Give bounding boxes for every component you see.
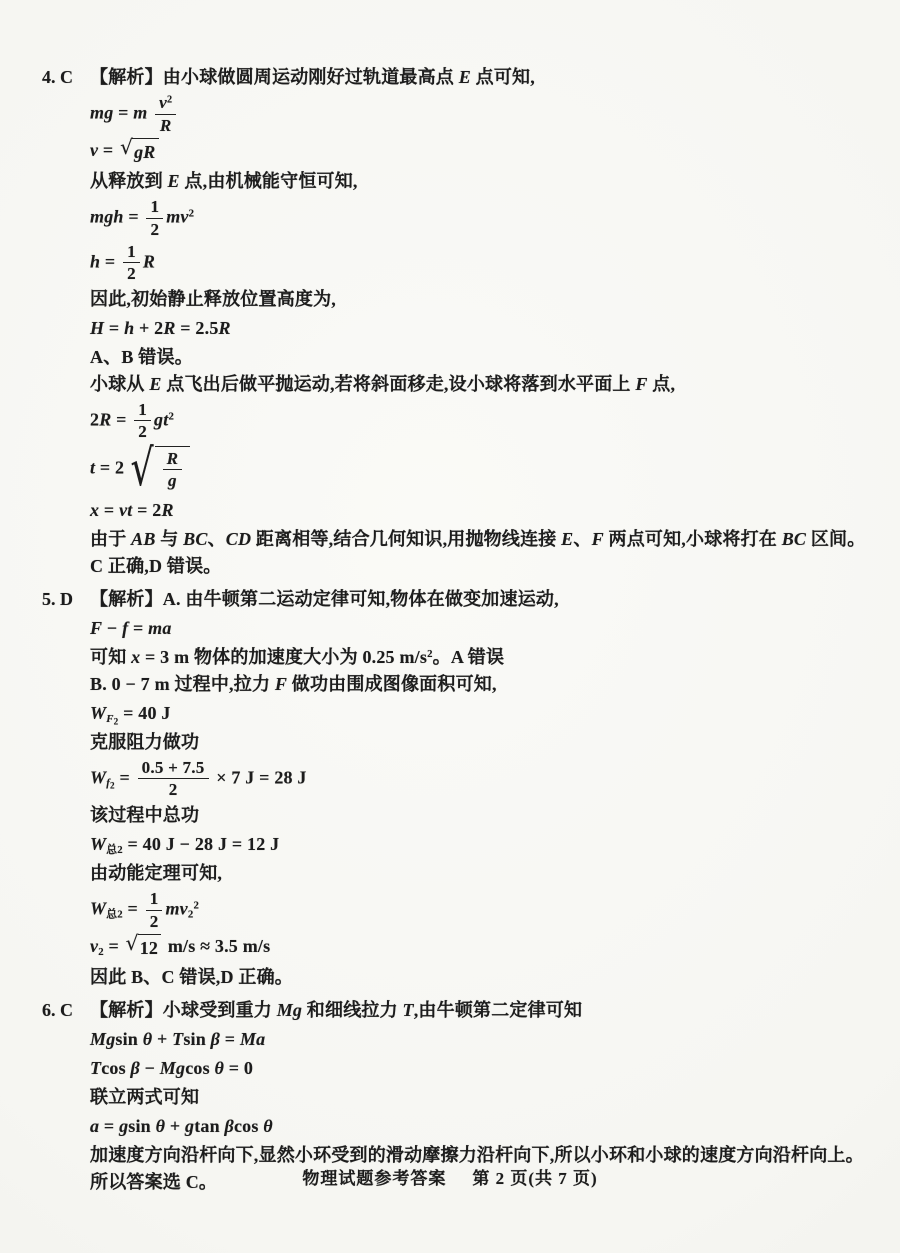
math-variable: vt bbox=[119, 500, 132, 520]
math-variable: Mg bbox=[90, 1029, 115, 1049]
text-run bbox=[147, 102, 152, 122]
denominator: g bbox=[168, 470, 177, 491]
math-variable: ma bbox=[148, 618, 171, 638]
math-variable: Ma bbox=[240, 1029, 265, 1049]
formula-line: Tcos β − Mgcos θ = 0 bbox=[90, 1055, 874, 1082]
text-run: 和细线拉力 bbox=[302, 1000, 402, 1020]
text-line: 该过程中总功 bbox=[90, 802, 874, 829]
formula-line: a = gsin θ + gtan βcos θ bbox=[90, 1113, 874, 1140]
math-variable: R bbox=[219, 318, 231, 338]
text-run: = bbox=[123, 898, 143, 918]
formula-line: F − f = ma bbox=[90, 615, 874, 642]
math-variable: R bbox=[162, 500, 174, 520]
math-variable: θ bbox=[214, 1058, 224, 1078]
text-line: 由于 AB 与 BC、CD 距离相等,结合几何知识,用抛物线连接 E、F 两点可… bbox=[90, 526, 874, 553]
text-run: = bbox=[99, 500, 119, 520]
text-line: 【解析】由小球做圆周运动刚好过轨道最高点 E 点可知, bbox=[90, 64, 874, 91]
math-variable: BC bbox=[183, 529, 207, 549]
math-variable: gt bbox=[154, 409, 168, 429]
math-variable: θ bbox=[263, 1116, 273, 1136]
math-variable: E bbox=[459, 67, 471, 87]
math-variable: v bbox=[159, 93, 167, 112]
text-run: 点,由机械能守恒可知, bbox=[180, 171, 358, 191]
math-variable: a bbox=[90, 1116, 99, 1136]
text-run: cos bbox=[185, 1058, 214, 1078]
text-run: m/s ≈ 3.5 m/s bbox=[163, 936, 270, 956]
text-run: 两点可知,小球将打在 bbox=[604, 529, 782, 549]
formula-line: WF2 = 40 J bbox=[90, 700, 874, 727]
formula-line: v = √gR bbox=[90, 137, 874, 166]
supscript: 2 bbox=[167, 94, 172, 105]
text-run: 联立两式可知 bbox=[90, 1087, 199, 1107]
text-run: = bbox=[100, 251, 120, 271]
text-line: A、B 错误。 bbox=[90, 344, 874, 371]
text-run: 【解析】由小球做圆周运动刚好过轨道最高点 bbox=[90, 67, 459, 87]
math-variable: Mg bbox=[277, 1000, 302, 1020]
text-line: 克服阻力做功 bbox=[90, 729, 874, 756]
text-run: = bbox=[220, 1029, 240, 1049]
subscript: 总2 bbox=[106, 844, 123, 856]
math-variable: h bbox=[90, 251, 100, 271]
math-variable: mv bbox=[166, 206, 188, 226]
page-footer: 物理试题参考答案第 2 页(共 7 页) bbox=[0, 1164, 900, 1189]
radical-icon: √ bbox=[126, 933, 139, 953]
math-variable: mg bbox=[90, 102, 113, 122]
radicand: 12 bbox=[138, 934, 161, 962]
item-number: 5. D bbox=[42, 586, 90, 992]
text-run: = bbox=[104, 936, 124, 956]
text-run: ,由牛顿第二定律可知 bbox=[414, 1000, 583, 1020]
numerator: v2 bbox=[155, 93, 176, 115]
text-run: = 2 bbox=[132, 500, 161, 520]
fraction: 12 bbox=[146, 197, 163, 239]
fraction: v2R bbox=[155, 93, 176, 135]
formula-line: x = vt = 2R bbox=[90, 497, 874, 524]
numerator: R bbox=[163, 449, 183, 471]
formula-line: W总2 = 40 J − 28 J = 12 J bbox=[90, 831, 874, 858]
text-run: sin bbox=[183, 1029, 210, 1049]
denominator: 2 bbox=[169, 779, 178, 800]
text-run: A、B 错误。 bbox=[90, 347, 193, 367]
math-variable: gR bbox=[134, 142, 155, 162]
text-line: 因此 B、C 错误,D 正确。 bbox=[90, 964, 874, 991]
math-variable: v bbox=[90, 140, 98, 160]
text-run: 点, bbox=[648, 374, 676, 394]
text-run: 、 bbox=[208, 529, 226, 549]
text-run: tan bbox=[194, 1116, 224, 1136]
text-run: 【解析】A. 由牛顿第二运动定律可知,物体在做变加速运动, bbox=[90, 589, 559, 609]
math-variable: W bbox=[90, 767, 106, 787]
formula-line: t = 2√Rg bbox=[90, 444, 874, 494]
numerator: 1 bbox=[146, 889, 163, 911]
footer-title: 物理试题参考答案 bbox=[302, 1169, 446, 1188]
fraction: 12 bbox=[123, 242, 140, 284]
text-run: = bbox=[124, 206, 144, 226]
text-run: 由于 bbox=[90, 529, 131, 549]
denominator: R bbox=[160, 115, 172, 136]
text-run: = 0 bbox=[224, 1058, 253, 1078]
item-number: 4. C bbox=[42, 64, 90, 580]
fraction: 12 bbox=[134, 400, 151, 442]
math-variable: x bbox=[131, 647, 140, 667]
math-variable: g bbox=[119, 1116, 128, 1136]
text-run: 。A 错误 bbox=[433, 647, 505, 667]
text-run: 距离相等,结合几何知识,用抛物线连接 bbox=[251, 529, 561, 549]
text-run: = bbox=[111, 409, 131, 429]
text-run: 点可知, bbox=[471, 67, 535, 87]
text-run: 做功由围成图像面积可知, bbox=[287, 674, 497, 694]
text-run: 点飞出后做平抛运动,若将斜面移走,设小球将落到水平面上 bbox=[162, 374, 636, 394]
math-variable: BC bbox=[782, 529, 806, 549]
math-variable: T bbox=[403, 1000, 414, 1020]
supscript: 2 bbox=[189, 208, 195, 220]
text-run: 2 bbox=[90, 409, 99, 429]
math-variable: R bbox=[167, 449, 179, 468]
supscript: 2 bbox=[193, 899, 199, 911]
denominator: 2 bbox=[150, 219, 159, 240]
formula-line: h = 12R bbox=[90, 242, 874, 284]
denominator: 2 bbox=[127, 263, 136, 284]
item-body: 【解析】由小球做圆周运动刚好过轨道最高点 E 点可知,mg = m v2Rv =… bbox=[90, 64, 874, 580]
math-variable: CD bbox=[226, 529, 251, 549]
text-run: = 40 J bbox=[118, 703, 170, 723]
text-run: 因此,初始静止释放位置高度为, bbox=[90, 289, 336, 309]
math-variable: E bbox=[561, 529, 573, 549]
math-variable: T bbox=[90, 1058, 101, 1078]
math-variable: F bbox=[592, 529, 604, 549]
formula-line: Mgsin θ + Tsin β = Ma bbox=[90, 1026, 874, 1053]
math-variable: v bbox=[90, 936, 98, 956]
text-run: cos bbox=[234, 1116, 263, 1136]
formula-line: mgh = 12mv2 bbox=[90, 197, 874, 239]
math-variable: H bbox=[90, 318, 104, 338]
math-variable: g bbox=[168, 471, 177, 490]
text-run: 区间。 bbox=[806, 529, 865, 549]
text-run: = bbox=[98, 140, 118, 160]
math-variable: F bbox=[275, 674, 287, 694]
text-run: 可知 bbox=[90, 647, 131, 667]
math-variable: mv bbox=[165, 898, 187, 918]
text-line: 从释放到 E 点,由机械能守恒可知, bbox=[90, 168, 874, 195]
text-run: = bbox=[113, 102, 133, 122]
math-variable: F bbox=[635, 374, 647, 394]
radicand: Rg bbox=[155, 446, 191, 493]
math-variable: Mg bbox=[160, 1058, 185, 1078]
text-run: = 2 bbox=[95, 457, 124, 477]
math-variable: mgh bbox=[90, 206, 124, 226]
text-run: − bbox=[140, 1058, 160, 1078]
formula-line: 2R = 12gt2 bbox=[90, 400, 874, 442]
math-variable: R bbox=[163, 318, 175, 338]
text-line: 联立两式可知 bbox=[90, 1084, 874, 1111]
math-variable: m bbox=[133, 102, 147, 122]
text-run: sin bbox=[128, 1116, 155, 1136]
answer-item: 5. D【解析】A. 由牛顿第二运动定律可知,物体在做变加速运动,F − f =… bbox=[42, 586, 874, 992]
subscript: f2 bbox=[106, 777, 115, 789]
text-run: 从释放到 bbox=[90, 171, 168, 191]
text-run: 克服阻力做功 bbox=[90, 732, 199, 752]
formula-line: mg = m v2R bbox=[90, 93, 874, 135]
answer-list: 4. C【解析】由小球做圆周运动刚好过轨道最高点 E 点可知,mg = m v2… bbox=[0, 0, 900, 1196]
math-variable: F bbox=[90, 618, 102, 638]
text-run: 小球从 bbox=[90, 374, 149, 394]
fraction: Rg bbox=[163, 449, 183, 491]
math-variable: h bbox=[124, 318, 134, 338]
math-variable: T bbox=[172, 1029, 183, 1049]
text-run: + bbox=[152, 1029, 172, 1049]
subscript: 总2 bbox=[106, 908, 123, 920]
text-run: − bbox=[102, 618, 122, 638]
radical-icon: √ bbox=[120, 137, 133, 157]
text-run: = bbox=[104, 318, 124, 338]
math-variable: β bbox=[211, 1029, 220, 1049]
math-variable: W bbox=[90, 898, 106, 918]
math-variable: R bbox=[160, 116, 172, 135]
text-run: 该过程中总功 bbox=[90, 805, 199, 825]
text-line: 【解析】A. 由牛顿第二运动定律可知,物体在做变加速运动, bbox=[90, 586, 874, 613]
formula-line: v2 = √12 m/s ≈ 3.5 m/s bbox=[90, 933, 874, 962]
numerator: 1 bbox=[134, 400, 151, 422]
math-variable: β bbox=[131, 1058, 140, 1078]
math-variable: W bbox=[90, 834, 106, 854]
text-run: B. 0 − 7 m 过程中,拉力 bbox=[90, 674, 275, 694]
numerator: 1 bbox=[123, 242, 140, 264]
document-page: 4. C【解析】由小球做圆周运动刚好过轨道最高点 E 点可知,mg = m v2… bbox=[0, 0, 900, 1253]
text-run: sin bbox=[115, 1029, 142, 1049]
math-variable: θ bbox=[156, 1116, 166, 1136]
math-variable: E bbox=[149, 374, 161, 394]
text-run: 与 bbox=[156, 529, 184, 549]
text-run: 加速度方向沿杆向下,显然小环受到的滑动摩擦力沿杆向下,所以小环和小球的速度方向沿… bbox=[90, 1145, 864, 1165]
square-root: √12 bbox=[126, 934, 161, 962]
text-line: 由动能定理可知, bbox=[90, 860, 874, 887]
math-variable: AB bbox=[131, 529, 155, 549]
text-line: 因此,初始静止释放位置高度为, bbox=[90, 286, 874, 313]
text-run: 、 bbox=[573, 529, 591, 549]
text-run: = bbox=[128, 618, 148, 638]
square-root: √gR bbox=[120, 138, 158, 166]
text-run: + bbox=[165, 1116, 185, 1136]
radical-icon: √ bbox=[131, 443, 154, 493]
math-variable: F bbox=[106, 713, 113, 725]
supscript: 2 bbox=[168, 410, 174, 422]
text-line: B. 0 − 7 m 过程中,拉力 F 做功由围成图像面积可知, bbox=[90, 671, 874, 698]
text-run: = 2.5 bbox=[176, 318, 219, 338]
formula-line: Wf2 = 0.5 + 7.52 × 7 J = 28 J bbox=[90, 758, 874, 800]
text-line: C 正确,D 错误。 bbox=[90, 553, 874, 580]
text-run: 12 bbox=[140, 938, 158, 958]
footer-page-number: 第 2 页(共 7 页) bbox=[472, 1169, 597, 1188]
formula-line: H = h + 2R = 2.5R bbox=[90, 315, 874, 342]
math-variable: g bbox=[185, 1116, 194, 1136]
text-run: cos bbox=[101, 1058, 130, 1078]
fraction: 0.5 + 7.52 bbox=[138, 758, 209, 800]
text-run: + 2 bbox=[134, 318, 163, 338]
math-variable: E bbox=[168, 171, 180, 191]
math-variable: x bbox=[90, 500, 99, 520]
math-variable: R bbox=[143, 251, 155, 271]
numerator: 0.5 + 7.5 bbox=[138, 758, 209, 780]
denominator: 2 bbox=[150, 911, 159, 932]
item-body: 【解析】A. 由牛顿第二运动定律可知,物体在做变加速运动,F − f = ma可… bbox=[90, 586, 874, 992]
math-variable: R bbox=[99, 409, 111, 429]
fraction: 12 bbox=[146, 889, 163, 931]
math-variable: θ bbox=[143, 1029, 153, 1049]
text-line: 可知 x = 3 m 物体的加速度大小为 0.25 m/s2。A 错误 bbox=[90, 644, 874, 671]
text-run: C 正确,D 错误。 bbox=[90, 556, 222, 576]
text-run: = bbox=[115, 767, 135, 787]
text-run: × 7 J = 28 J bbox=[212, 767, 307, 787]
text-run: = 3 m 物体的加速度大小为 0.25 m/s bbox=[140, 647, 427, 667]
text-line: 【解析】小球受到重力 Mg 和细线拉力 T,由牛顿第二定律可知 bbox=[90, 997, 874, 1024]
text-run: = 40 J − 28 J = 12 J bbox=[123, 834, 279, 854]
text-run: 由动能定理可知, bbox=[90, 863, 222, 883]
square-root: √Rg bbox=[126, 444, 190, 494]
text-run: = bbox=[99, 1116, 119, 1136]
math-variable: β bbox=[225, 1116, 234, 1136]
answer-item: 4. C【解析】由小球做圆周运动刚好过轨道最高点 E 点可知,mg = m v2… bbox=[42, 64, 874, 580]
text-line: 小球从 E 点飞出后做平抛运动,若将斜面移走,设小球将落到水平面上 F 点, bbox=[90, 371, 874, 398]
text-run: 因此 B、C 错误,D 正确。 bbox=[90, 967, 293, 987]
subscript: F2 bbox=[106, 713, 118, 725]
text-run: 【解析】小球受到重力 bbox=[90, 1000, 277, 1020]
radicand: gR bbox=[132, 138, 158, 166]
math-variable: W bbox=[90, 703, 106, 723]
numerator: 1 bbox=[146, 197, 163, 219]
formula-line: W总2 = 12mv22 bbox=[90, 889, 874, 931]
